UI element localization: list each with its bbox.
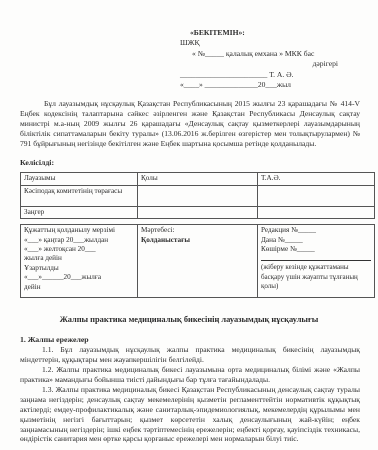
validity-line: Құжаттың қолданылу мерзімі — [24, 226, 134, 235]
validity-line: «___» желтоқсан 20___ — [24, 245, 134, 254]
approval-org-name: « №_____ қалалық емхана » МКК бас — [192, 49, 366, 59]
validity-line: «___» қаңтар 20___жылдан — [24, 236, 134, 245]
table-row: Заңгер — [21, 206, 375, 218]
edition-cell: Редакция №_____ Дана №_____ Көшірме №___… — [258, 225, 375, 298]
intro-paragraph: Бұл лауазымдық нұсқаулық Қазақстан Респу… — [20, 99, 360, 149]
agreed-row-name — [258, 206, 375, 218]
section-1-paragraph-1-2: 1.2. Жалпы практика медициналық бикесі л… — [20, 365, 360, 385]
table-row: Кәсіподақ комитетінің төрағасы — [21, 185, 375, 206]
agreed-table-header-row: Лауазымы Қолы Т.А.Ә. — [21, 173, 375, 185]
edition-note: (жіберу кезінде құжаттаманы басқару үшін… — [261, 263, 371, 291]
section-1-heading: 1. Жалпы ережелер — [20, 335, 360, 345]
document-page: «БЕКІТЕМІН»: ШЖҚ « №_____ қалалық емхана… — [0, 0, 378, 450]
validity-line: «___»______20___жылға — [24, 273, 134, 282]
agreed-row-signature — [138, 206, 258, 218]
validity-line: жылға дейін — [24, 254, 134, 263]
edition-line: Дана №_____ — [261, 236, 371, 245]
section-1-paragraph-1-1: 1.1. Бұл лауазымдық нұсқаулық жалпы прак… — [20, 345, 360, 365]
agreed-row-position: Заңгер — [21, 206, 138, 218]
approval-org-role: дәрігері — [180, 59, 366, 69]
validity-line: дейін — [24, 283, 134, 292]
doc-control-table: Құжаттың қолданылу мерзімі «___» қаңтар … — [20, 224, 375, 298]
table-row: Құжаттың қолданылу мерзімі «___» қаңтар … — [21, 225, 375, 298]
agreed-header-position: Лауазымы — [21, 173, 138, 185]
signature-divider — [261, 260, 371, 261]
status-value: Қолданыстағы — [141, 236, 254, 245]
approval-signature-line: _______________________ Т. А. Ә. — [180, 70, 366, 80]
status-cell: Мәртебесі: Қолданыстағы — [138, 225, 258, 298]
edition-line: Редакция №_____ — [261, 226, 371, 235]
agreed-table: Лауазымы Қолы Т.А.Ә. Кәсіподақ комитетін… — [20, 172, 375, 219]
status-label: Мәртебесі: — [141, 226, 254, 235]
agreed-row-position: Кәсіподақ комитетінің төрағасы — [21, 185, 138, 206]
validity-line: Ұзартылды — [24, 264, 134, 273]
edition-line: Көшірме №_____ — [261, 245, 371, 254]
validity-cell: Құжаттың қолданылу мерзімі «___» қаңтар … — [21, 225, 138, 298]
agreed-row-signature — [138, 185, 258, 206]
approval-block: «БЕКІТЕМІН»: ШЖҚ « №_____ қалалық емхана… — [180, 28, 366, 90]
section-1-paragraph-1-3: 1.3. Жалпы практика медициналық бикесі Қ… — [20, 385, 360, 444]
approval-org-abbrev: ШЖҚ — [180, 38, 366, 48]
approval-date-line: «____» ______________20___жыл — [180, 80, 366, 90]
agreed-row-name — [258, 185, 375, 206]
page-title: Жалпы практика медициналық бикесінің лау… — [14, 314, 364, 325]
approval-title: «БЕКІТЕМІН»: — [190, 28, 366, 38]
agreed-label: Келісілді: — [20, 158, 360, 167]
agreed-header-signature: Қолы — [138, 173, 258, 185]
agreed-header-name: Т.А.Ә. — [258, 173, 375, 185]
